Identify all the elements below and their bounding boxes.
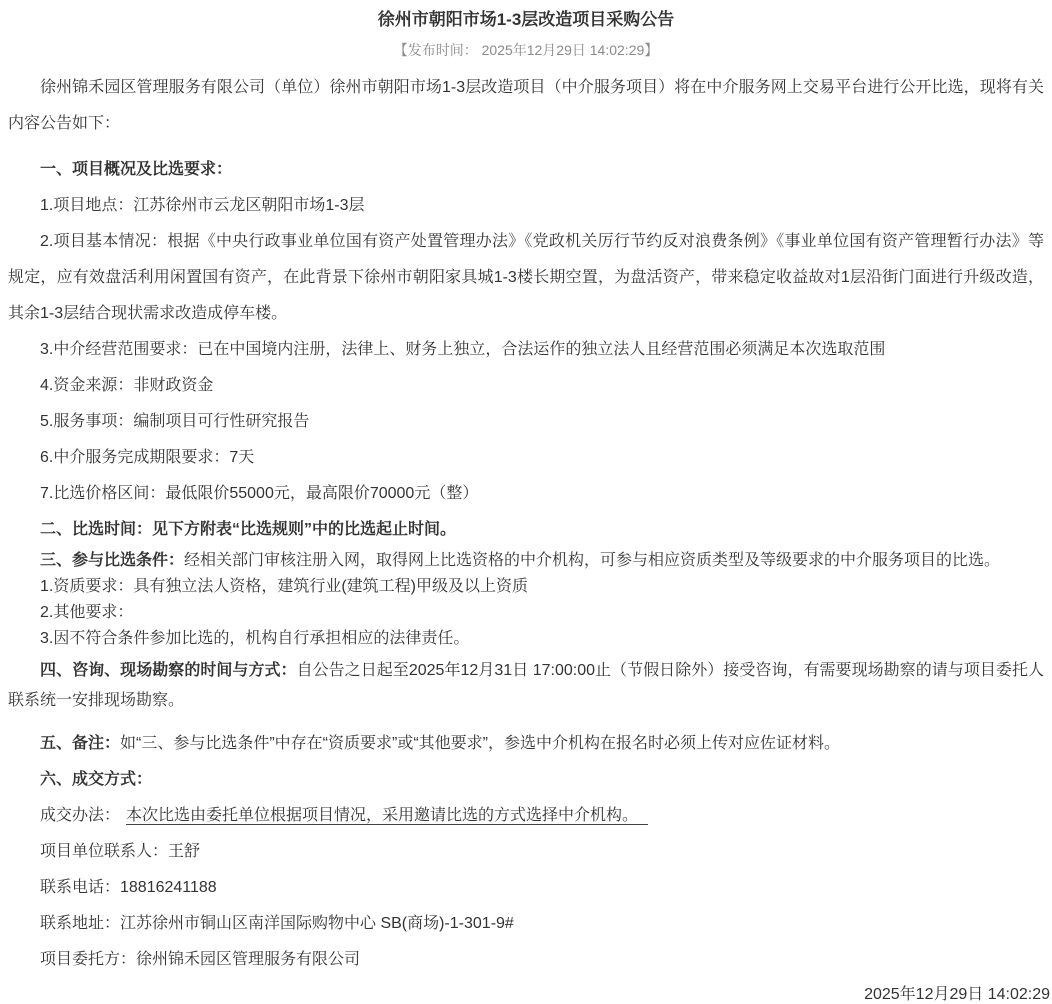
section-1-item-basic-info: 2.项目基本情况：根据《中央行政事业单位国有资产处置管理办法》《党政机关厉行节约…: [8, 224, 1044, 332]
section-3-item-qualification: 1.资质要求：具有独立法人资格，建筑行业(建筑工程)甲级及以上资质: [8, 574, 1044, 600]
section-3: 三、参与比选条件：经相关部门审核注册入网，取得网上比选资格的中介机构，可参与相应…: [8, 548, 1044, 652]
section-5-heading-label: 五、备注：: [40, 735, 120, 752]
section-1-item-funding-source: 4.资金来源：非财政资金: [8, 368, 1044, 404]
publish-time: 【发布时间： 2025年12月29日 14:02:29】: [8, 40, 1044, 60]
section-1-item-location: 1.项目地点：江苏徐州市云龙区朝阳市场1-3层: [8, 188, 1044, 224]
contact-person-line: 项目单位联系人：王舒: [8, 834, 1044, 870]
section-3-item-liability: 3.因不符合条件参加比选的，机构自行承担相应的法律责任。: [8, 626, 1044, 652]
section-1-item-deadline: 6.中介服务完成期限要求：7天: [8, 440, 1044, 476]
deal-method-line: 成交办法：本次比选由委托单位根据项目情况，采用邀请比选的方式选择中介机构。: [8, 798, 1044, 834]
contact-phone-line: 联系电话：18816241188: [8, 870, 1044, 906]
section-3-heading-label: 三、参与比选条件：: [40, 552, 184, 569]
footer-datetime: 2025年12月29日 14:02:29: [8, 978, 1050, 1004]
section-1-item-service-matter: 5.服务事项：编制项目可行性研究报告: [8, 404, 1044, 440]
section-4-paragraph: 四、咨询、现场勘察的时间与方式：自公告之日起至2025年12月31日 17:00…: [8, 656, 1044, 716]
section-5-body-text: 如“三、参与比选条件”中存在“资质要求”或“其他要求”，参选中介机构在报名时必须…: [120, 735, 840, 752]
deal-method-value: 本次比选由委托单位根据项目情况，采用邀请比选的方式选择中介机构。: [126, 807, 648, 825]
section-2-heading: 二、比选时间：见下方附表“比选规则”中的比选起止时间。: [8, 512, 1044, 548]
section-5-paragraph: 五、备注：如“三、参与比选条件”中存在“资质要求”或“其他要求”，参选中介机构在…: [8, 726, 1044, 762]
intro-paragraph: 徐州锦禾园区管理服务有限公司（单位）徐州市朝阳市场1-3层改造项目（中介服务项目…: [8, 70, 1044, 142]
project-principal-line: 项目委托方：徐州锦禾园区管理服务有限公司: [8, 942, 1044, 978]
section-1-item-price-range: 7.比选价格区间：最低限价55000元，最高限价70000元（整）: [8, 476, 1044, 512]
announcement-document: 徐州市朝阳市场1-3层改造项目采购公告 【发布时间： 2025年12月29日 1…: [0, 0, 1052, 1004]
page-title: 徐州市朝阳市场1-3层改造项目采购公告: [8, 8, 1044, 32]
section-3-heading: 三、参与比选条件：经相关部门审核注册入网，取得网上比选资格的中介机构，可参与相应…: [8, 548, 1044, 574]
section-1-heading: 一、项目概况及比选要求：: [8, 152, 1044, 188]
section-3-item-other: 2.其他要求：: [8, 600, 1044, 626]
deal-method-label: 成交办法：: [40, 807, 120, 824]
section-3-heading-text: 经相关部门审核注册入网，取得网上比选资格的中介机构，可参与相应资质类型及等级要求…: [184, 552, 1000, 569]
section-6-heading: 六、成交方式：: [8, 762, 1044, 798]
contact-address-line: 联系地址：江苏徐州市铜山区南洋国际购物中心 SB(商场)-1-301-9#: [8, 906, 1044, 942]
section-1-item-scope-requirement: 3.中介经营范围要求：已在中国境内注册，法律上、财务上独立，合法运作的独立法人且…: [8, 332, 1044, 368]
section-4-heading-label: 四、咨询、现场勘察的时间与方式：: [40, 662, 297, 679]
